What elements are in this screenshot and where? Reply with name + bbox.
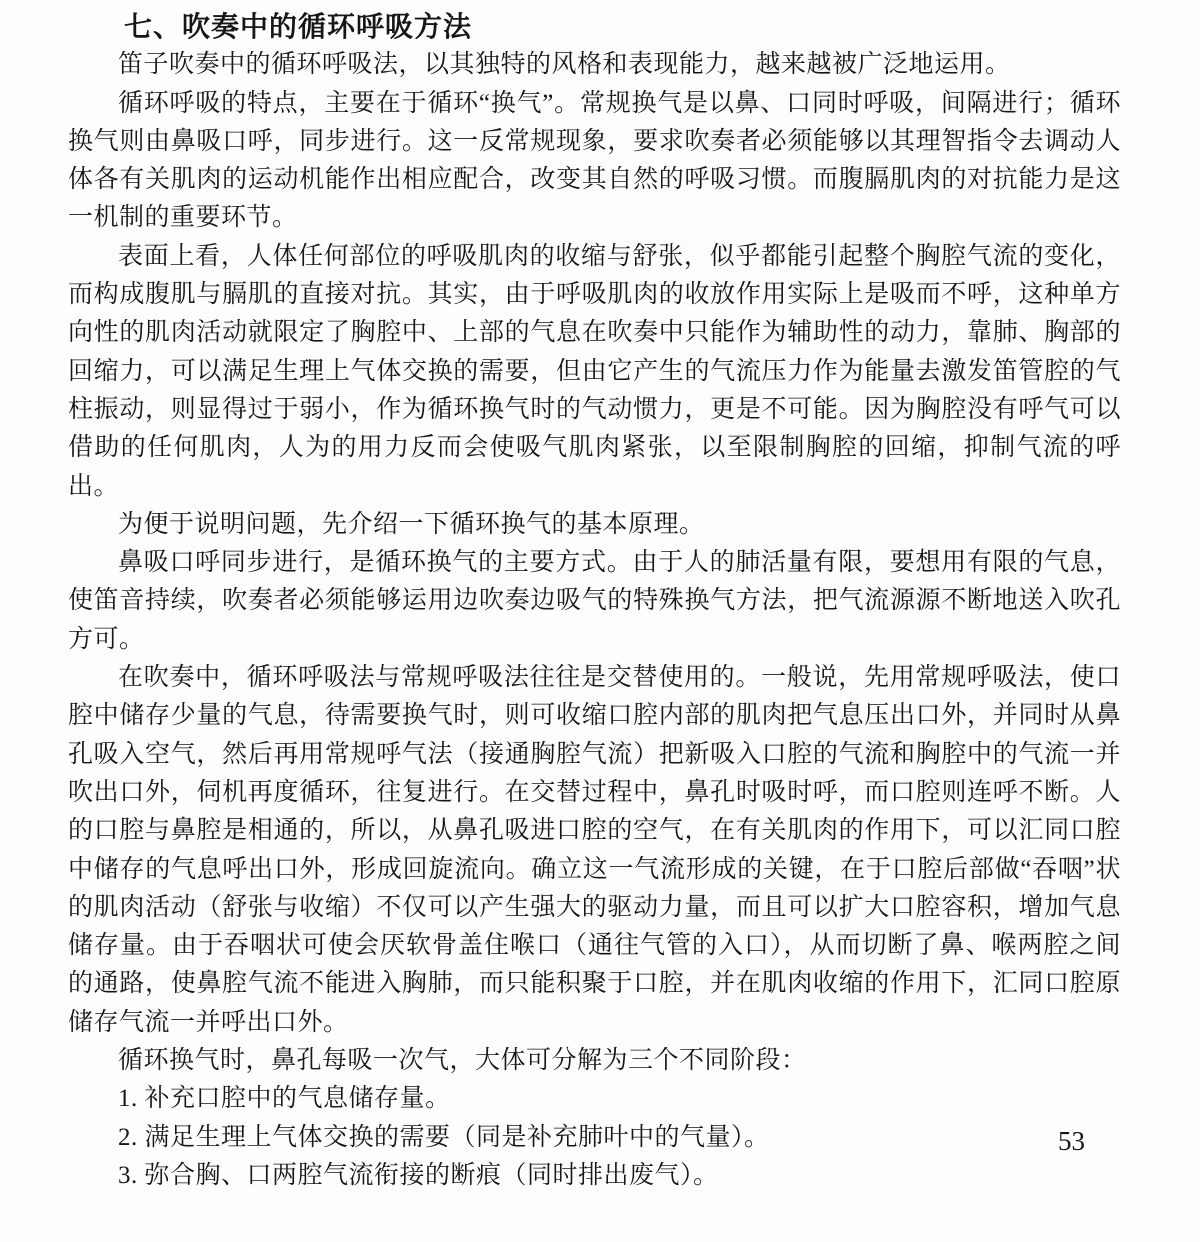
numbered-item: 3. 弥合胸、口两腔气流衔接的断痕（同时排出废气）。 — [68, 1157, 1121, 1195]
paragraph: 循环呼吸的特点，主要在于循环“换气”。常规换气是以鼻、口同时呼吸，间隔进行；循环… — [68, 85, 1121, 238]
paragraph: 表面上看，人体任何部位的呼吸肌肉的收缩与舒张，似乎都能引起整个胸腔气流的变化，而… — [68, 238, 1121, 506]
numbered-item: 1. 补充口腔中的气息储存量。 — [68, 1080, 1121, 1118]
page-body: 七、吹奏中的循环呼吸方法 笛子吹奏中的循环呼吸法，以其独特的风格和表现能力，越来… — [68, 8, 1121, 1195]
paragraph: 循环换气时，鼻孔每吸一次气，大体可分解为三个不同阶段： — [68, 1042, 1121, 1080]
paragraph: 在吹奏中，循环呼吸法与常规呼吸法往往是交替使用的。一般说，先用常规呼吸法，使口腔… — [68, 659, 1121, 1042]
paragraph: 笛子吹奏中的循环呼吸法，以其独特的风格和表现能力，越来越被广泛地运用。 — [68, 46, 1121, 84]
section-heading: 七、吹奏中的循环呼吸方法 — [68, 8, 1121, 46]
paragraph: 为便于说明问题，先介绍一下循环换气的基本原理。 — [68, 506, 1121, 544]
paragraph: 鼻吸口呼同步进行，是循环换气的主要方式。由于人的肺活量有限，要想用有限的气息，使… — [68, 544, 1121, 659]
page-number: 53 — [1058, 1124, 1085, 1158]
numbered-item: 2. 满足生理上气体交换的需要（同是补充肺叶中的气量）。 — [68, 1119, 1121, 1157]
